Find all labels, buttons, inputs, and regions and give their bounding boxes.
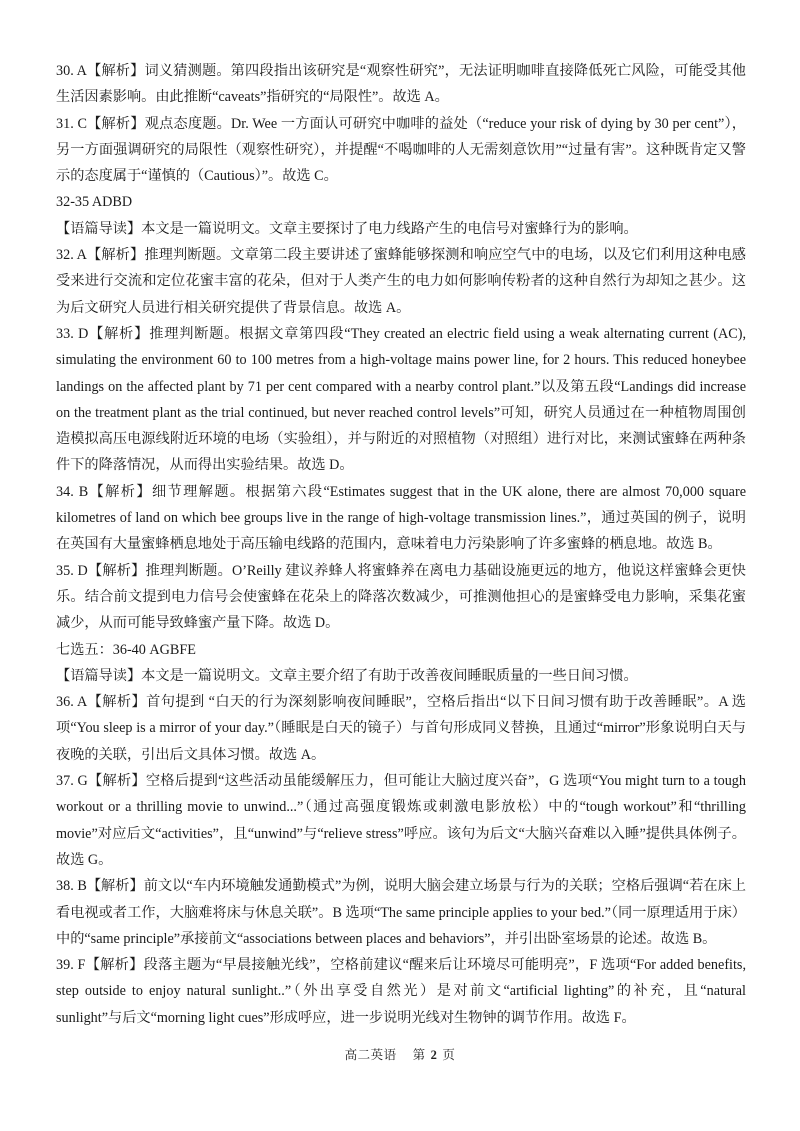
footer-subject: 高二英语 [345, 1048, 397, 1062]
passage-guide-2: 【语篇导读】本文是一篇说明文。文章主要探讨了电力线路产生的电信号对蜜蜂行为的影响… [56, 216, 746, 242]
page-number: 2 [431, 1048, 438, 1062]
answer-explanation-36: 36. A【解析】首句提到 “白天的行为深刻影响夜间睡眠”，空格后指出“以下日间… [56, 689, 746, 768]
answer-explanation-39: 39. F【解析】段落主题为“早晨接触光线”，空格前建议“醒来后让环境尽可能明亮… [56, 952, 746, 1031]
answer-explanation-37: 37. G【解析】空格后提到“这些活动虽能缓解压力，但可能让大脑过度兴奋”，G … [56, 768, 746, 873]
answer-summary-32-35: 32-35 ADBD [56, 189, 746, 215]
answer-explanation-33: 33. D【解析】推理判断题。根据文章第四段“They created an e… [56, 321, 746, 479]
footer-page-suffix: 页 [442, 1048, 455, 1062]
footer-page-prefix: 第 [413, 1048, 426, 1062]
answer-summary-36-40: 七选五：36-40 AGBFE [56, 637, 746, 663]
answer-key-page: 30. A【解析】词义猜测题。第四段指出该研究是“观察性研究”，无法证明咖啡直接… [56, 58, 746, 1031]
passage-guide-3: 【语篇导读】本文是一篇说明文。文章主要介绍了有助于改善夜间睡眠质量的一些日间习惯… [56, 663, 746, 689]
answer-explanation-38: 38. B【解析】前文以“车内环境触发通勤模式”为例，说明大脑会建立场景与行为的… [56, 873, 746, 952]
answer-explanation-35: 35. D【解析】推理判断题。O’Reilly 建议养蜂人将蜜蜂养在离电力基础设… [56, 558, 746, 637]
answer-explanation-34: 34. B【解析】细节理解题。根据第六段“Estimates suggest t… [56, 479, 746, 558]
answer-explanation-31: 31. C【解析】观点态度题。Dr. Wee 一方面认可研究中咖啡的益处（“re… [56, 111, 746, 190]
page-footer: 高二英语第2页 [0, 1045, 800, 1063]
answer-explanation-30: 30. A【解析】词义猜测题。第四段指出该研究是“观察性研究”，无法证明咖啡直接… [56, 58, 746, 111]
answer-explanation-32: 32. A【解析】推理判断题。文章第二段主要讲述了蜜蜂能够探测和响应空气中的电场… [56, 242, 746, 321]
